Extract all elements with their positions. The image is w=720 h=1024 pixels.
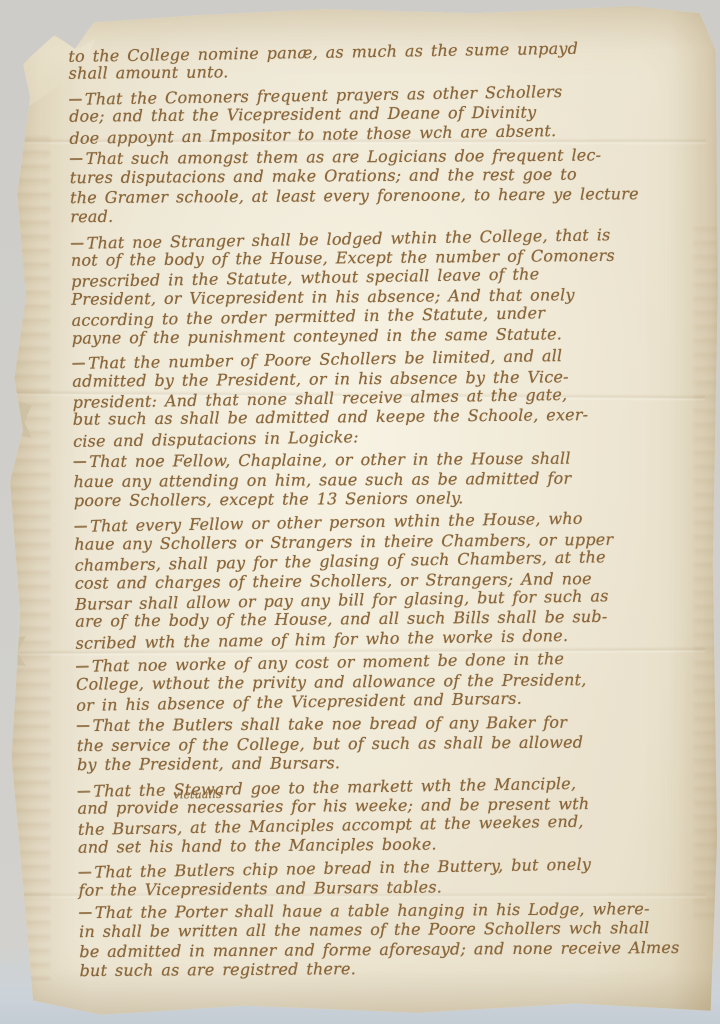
paragraph: That noe worke of any cost or moment be … — [76, 648, 683, 714]
paragraph: That the Butlers chip noe bread in the B… — [78, 855, 684, 901]
paragraph: That such amongst them as are Logicians … — [70, 143, 677, 228]
paragraph: That the number of Poore Schollers be li… — [72, 345, 679, 449]
interlinear-insertion: victualls — [173, 790, 222, 801]
text-line: but such as are registred there. — [80, 957, 686, 981]
paragraph: That every Fellow or other person wthin … — [74, 509, 682, 652]
text-line: read. — [70, 203, 676, 227]
text-line: shall amount unto. — [69, 59, 675, 84]
ink-bleedthrough-right — [694, 220, 718, 920]
paragraph: That noe Fellow, Chaplaine, or other in … — [73, 446, 680, 512]
paragraph: That the Butlers shall take noe bread of… — [76, 711, 683, 777]
ink-bleedthrough-left — [8, 130, 50, 980]
scan-backdrop: { "document": { "kind": "handwritten man… — [0, 0, 720, 1024]
edge-tear — [6, 398, 32, 438]
paragraph: That the Comoners frequent prayers as ot… — [69, 81, 676, 147]
edge-tear — [4, 636, 26, 666]
paragraph: to the College nomine panæ, as much as t… — [68, 38, 674, 84]
text-line: poore Schollers, except the 13 Seniors o… — [74, 487, 680, 511]
manuscript-text: to the College nomine panæ, as much as t… — [68, 38, 685, 986]
text-line: by the President, and Bursars. — [77, 751, 683, 775]
paper: to the College nomine panæ, as much as t… — [0, 0, 720, 1024]
paragraph: That the Porter shall haue a table hangi… — [79, 897, 686, 982]
paragraph: That the Steward goe to the markett wth … — [77, 773, 684, 858]
paragraph: That noe Stranger shall be lodged wthin … — [71, 225, 678, 349]
